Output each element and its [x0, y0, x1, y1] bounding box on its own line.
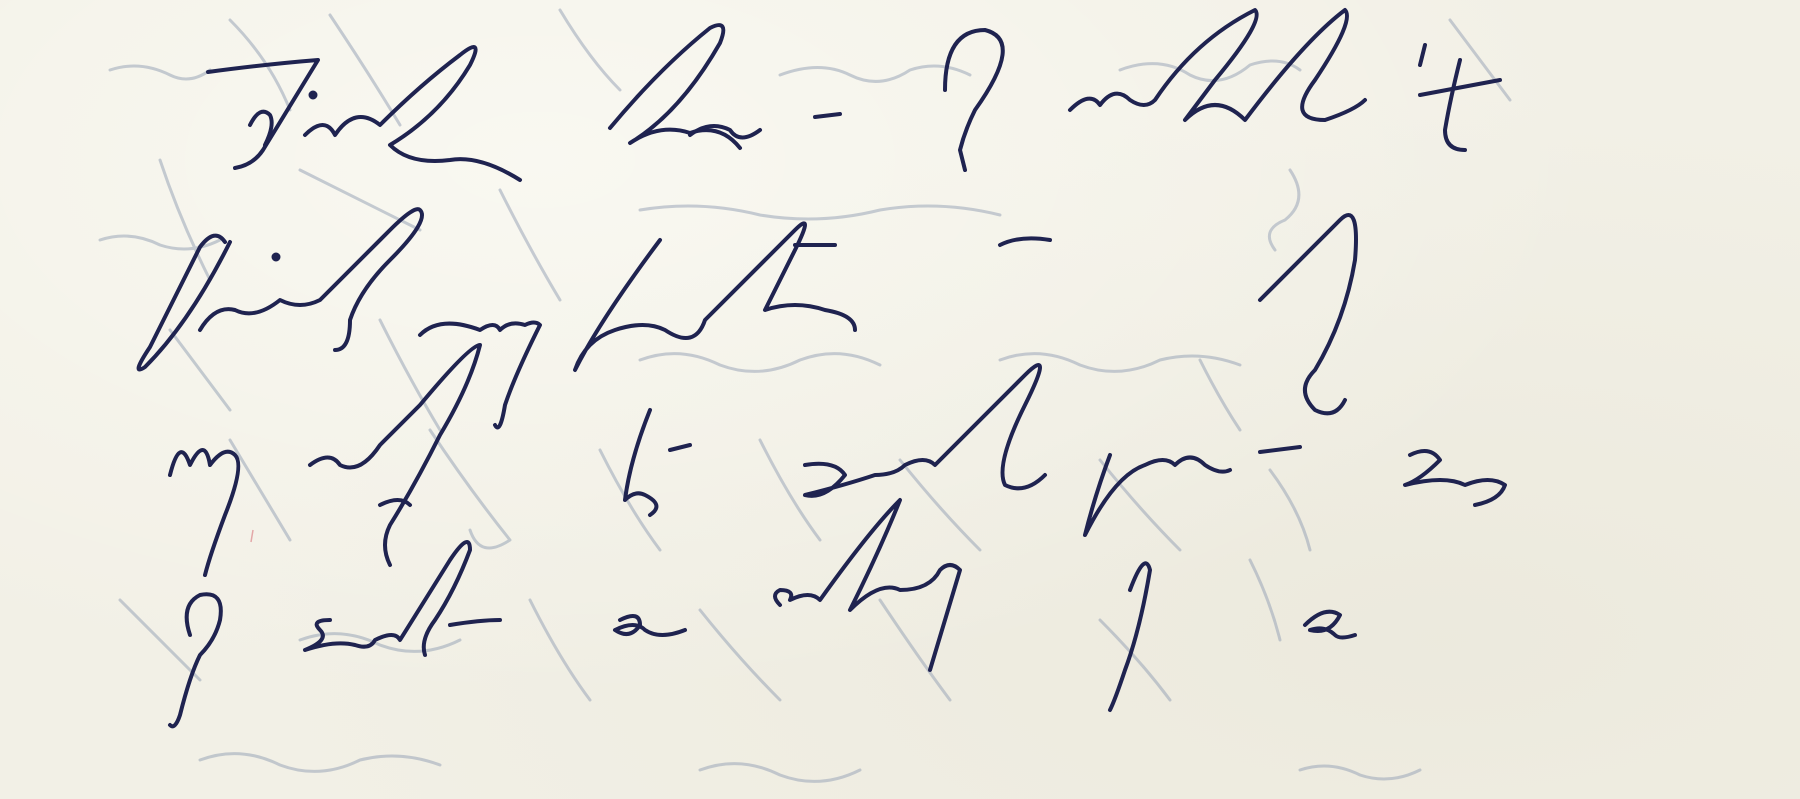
handwriting [0, 0, 1800, 799]
line-2-handwriting [139, 209, 1356, 427]
letter-page: Tricka dear - I couldn't find any pictur… [0, 0, 1800, 799]
line-3-handwriting [170, 345, 1505, 575]
line-1-handwriting [208, 10, 1500, 180]
line-4-handwriting [170, 500, 1355, 726]
